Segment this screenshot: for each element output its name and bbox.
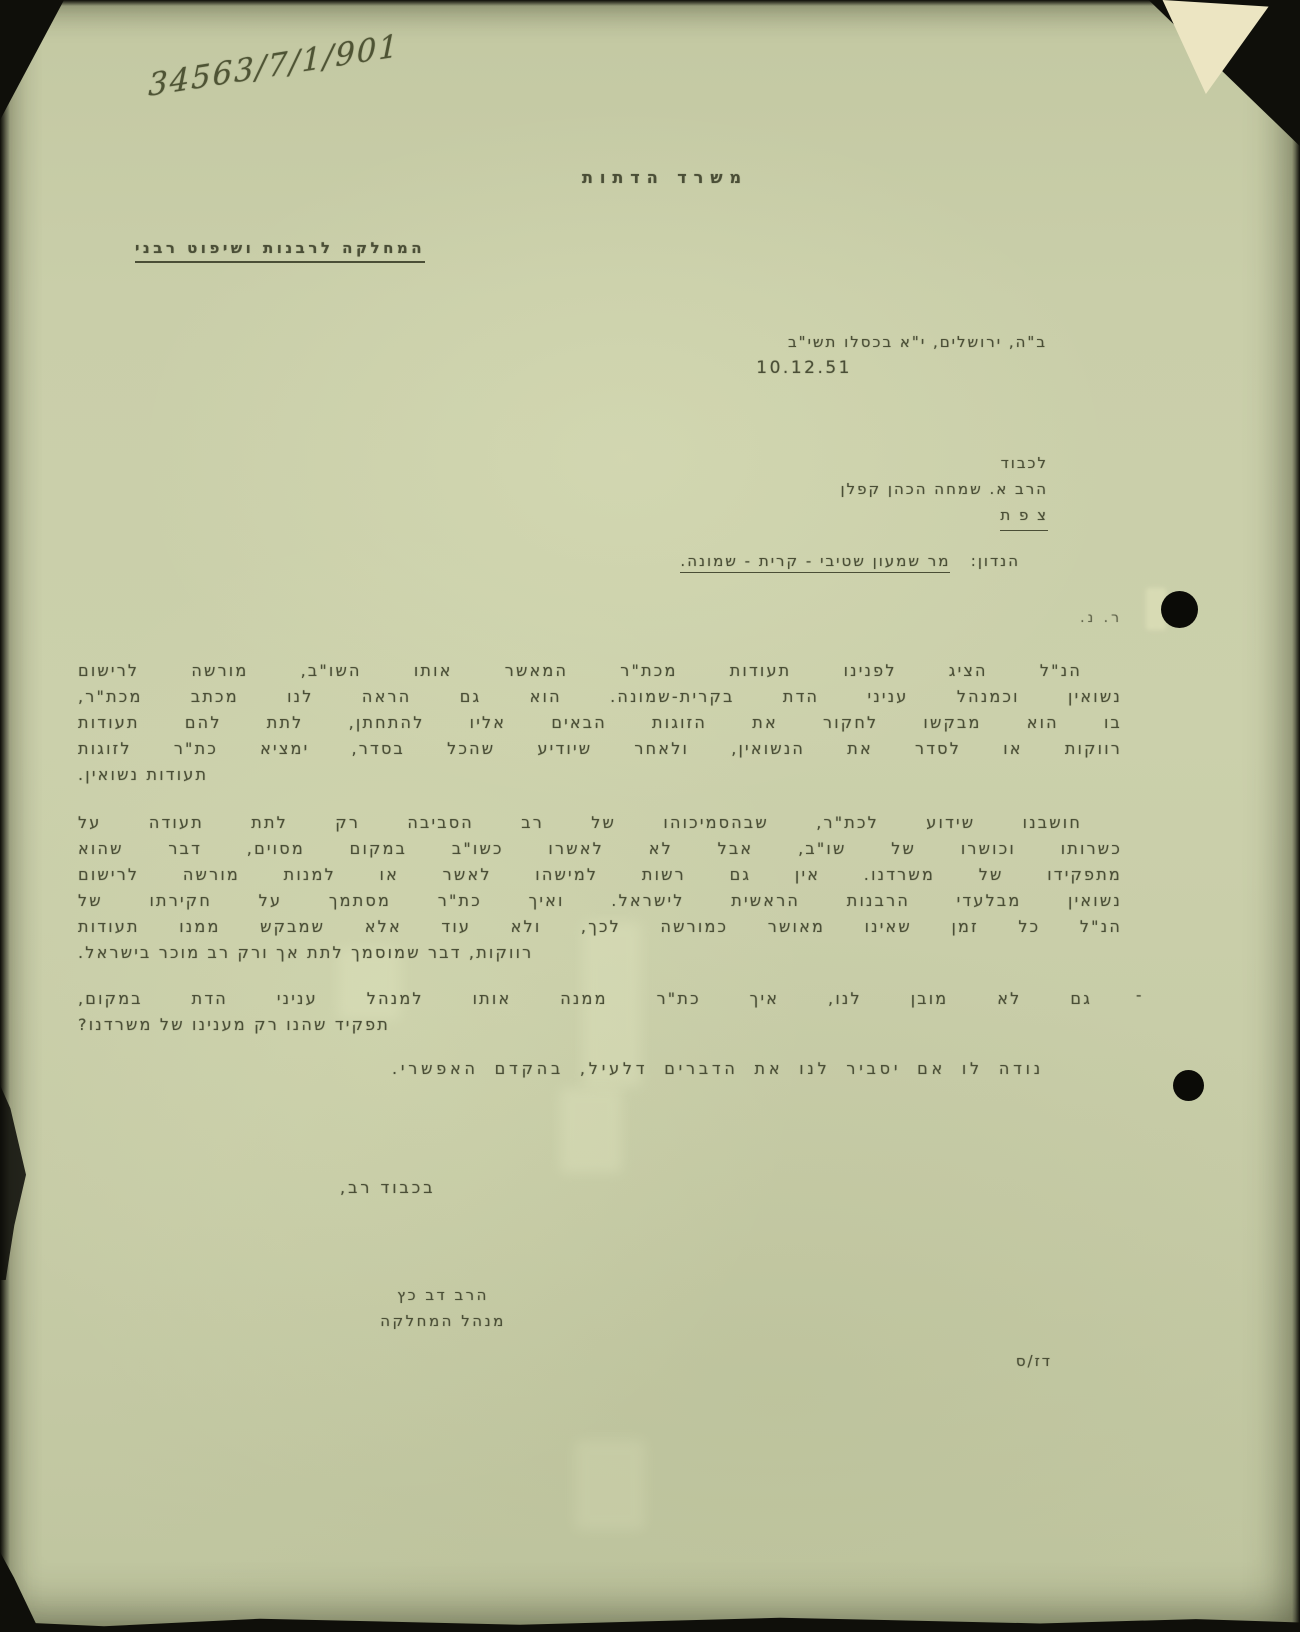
body-line: נודה לו אם יסביר לנו את הדברים דלעיל, בה… xyxy=(78,1056,1122,1082)
scan-light-patch xyxy=(575,1440,645,1530)
department-title: המחלקה לרבנות ושיפוט רבני xyxy=(135,239,425,263)
body-line: תעודות נשואין. xyxy=(78,762,1122,788)
paragraph-4: נודה לו אם יסביר לנו את הדברים דלעיל, בה… xyxy=(78,1056,1122,1082)
scanned-letter-page: 34563/7/1/901 משרד הדתות המחלקה לרבנות ו… xyxy=(0,0,1300,1632)
signature-title: מנהל המחלקה xyxy=(328,1308,558,1334)
numeric-date: 10.12.51 xyxy=(756,358,852,378)
scan-edge-right xyxy=(1292,0,1300,1632)
body-line: גם לא מובן לנו, איך כת"ר ממנה אותו למנהל… xyxy=(78,986,1122,1012)
recipient-salutation: לכבוד xyxy=(841,450,1048,476)
paragraph-1: הנ"ל הציג לפנינו תעודות מכת"ר המאשר אותו… xyxy=(78,658,1122,788)
scan-light-patch xyxy=(560,1088,622,1173)
signature-name: הרב דב כץ xyxy=(328,1282,558,1308)
signature-block: הרב דב כץ מנהל המחלקה xyxy=(328,1282,558,1334)
paragraph-2: חושבנו שידוע לכת"ר, שבהסמיכוהו של רב הסב… xyxy=(78,810,1122,966)
hole-punch-bottom xyxy=(1173,1070,1204,1101)
body-line: חושבנו שידוע לכת"ר, שבהסמיכוהו של רב הסב… xyxy=(78,810,1122,836)
body-line: בו הוא מבקשו לחקור את הזוגות הבאים אליו … xyxy=(78,710,1122,736)
recipient-block: לכבוד הרב א. שמחה הכהן קפלן צ פ ת xyxy=(841,450,1048,531)
body-line: הנ"ל הציג לפנינו תעודות מכת"ר המאשר אותו… xyxy=(78,658,1122,684)
body-line: כשרותו וכושרו של שו"ב, אבל לא לאשרו כשו"… xyxy=(78,836,1122,862)
subject-text: מר שמעון שטיבי - קרית - שמונה. xyxy=(680,552,950,573)
body-line: תפקיד שהנו רק מענינו של משרדנו? xyxy=(78,1012,1122,1038)
paragraph-3: גם לא מובן לנו, איך כת"ר ממנה אותו למנהל… xyxy=(78,986,1122,1038)
body-line: נשואין מבלעדי הרבנות הראשית לישראל. ואיך… xyxy=(78,888,1122,914)
closing-salutation: בכבוד רב, xyxy=(340,1178,436,1197)
ministry-title: משרד הדתות xyxy=(500,168,830,187)
margin-dash: - xyxy=(1136,986,1141,1004)
recipient-city: צ פ ת xyxy=(1000,502,1048,531)
reference-note: ר. נ. xyxy=(1080,610,1122,626)
hole-punch-top xyxy=(1161,591,1198,628)
subject-label: הנדון: xyxy=(971,552,1020,570)
body-line: נשואין וכמנהל עניני הדת בקרית-שמונה. הוא… xyxy=(78,684,1122,710)
subject-line: הנדון: מר שמעון שטיבי - קרית - שמונה. xyxy=(680,552,1020,570)
scan-edge-left xyxy=(0,0,10,1632)
hebrew-date: ב"ה, ירושלים, י"א בכסלו תשי"ב xyxy=(788,333,1047,351)
body-line: הנ"ל כל זמן שאינו מאושר כמורשה לכך, ולא … xyxy=(78,914,1122,940)
body-line: מתפקידו של משרדנו. אין גם רשות למישהו לא… xyxy=(78,862,1122,888)
recipient-name: הרב א. שמחה הכהן קפלן xyxy=(841,476,1048,502)
typist-initials: דז/ס xyxy=(1016,1352,1052,1370)
body-line: רווקות, דבר שמוסמך לתת אך ורק רב מוכר בי… xyxy=(78,940,1122,966)
body-line: רווקות או לסדר את הנשואין, ולאחר שיודיע … xyxy=(78,736,1122,762)
scan-edge-top xyxy=(0,0,1300,6)
